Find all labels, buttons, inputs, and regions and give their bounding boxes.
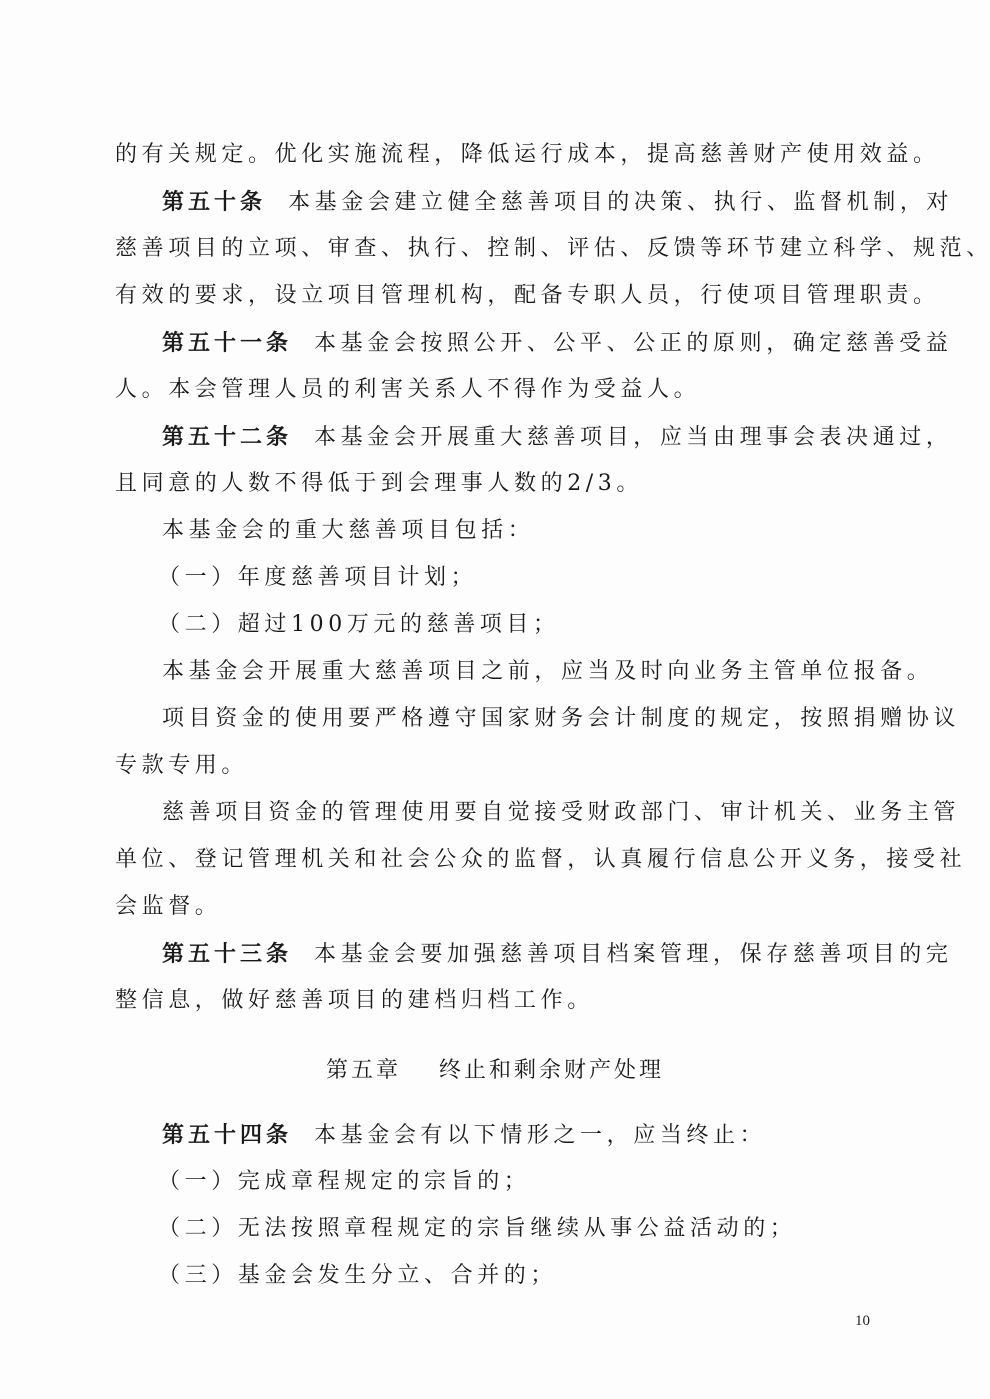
list-item: （一）年度慈善项目计划；: [158, 563, 918, 593]
line-text: 本基金会的重大慈善项目包括：: [162, 518, 534, 543]
line-text: 整信息，做好慈善项目的建档归档工作。: [115, 988, 594, 1013]
chapter-title: 终止和剩余财产处理: [439, 1058, 664, 1083]
article-50: 第五十条本基金会建立健全慈善项目的决策、执行、监督机制，对: [162, 187, 922, 218]
article-number: 第五十条: [162, 189, 266, 215]
line-text: 本基金会按照公开、公平、公正的原则，确定慈善受益: [314, 331, 952, 356]
list-item: （二）超过100万元的慈善项目；: [158, 610, 918, 640]
line-text: 会监督。: [115, 894, 221, 919]
article-54: 第五十四条本基金会有以下情形之一，应当终止：: [162, 1120, 922, 1151]
line-text: （二）无法按照章程规定的宗旨继续从事公益活动的；: [158, 1216, 796, 1241]
line-text: 专款专用。: [115, 753, 248, 778]
line-text: 慈善项目的立项、审查、执行、控制、评估、反馈等环节建立科学、规范、: [115, 236, 990, 261]
paragraph-line: 且同意的人数不得低于到会理事人数的2/3。: [115, 469, 875, 499]
line-text: 且同意的人数不得低于到会理事人数的2/3。: [115, 471, 643, 496]
paragraph-line: 慈善项目的立项、审查、执行、控制、评估、反馈等环节建立科学、规范、: [115, 234, 875, 264]
line-text: （一）完成章程规定的宗旨的；: [158, 1169, 530, 1194]
paragraph-line: 项目资金的使用要严格遵守国家财务会计制度的规定，按照捐赠协议: [162, 704, 922, 734]
line-text: 本基金会要加强慈善项目档案管理，保存慈善项目的完: [314, 942, 952, 967]
line-text: 本基金会开展重大慈善项目，应当由理事会表决通过，: [314, 425, 952, 450]
list-item: （一）完成章程规定的宗旨的；: [158, 1167, 918, 1197]
article-51: 第五十一条本基金会按照公开、公平、公正的原则，确定慈善受益: [162, 328, 922, 359]
list-item: （二）无法按照章程规定的宗旨继续从事公益活动的；: [158, 1214, 918, 1244]
page-number: 10: [855, 1313, 870, 1330]
paragraph-line: 有效的要求，设立项目管理机构，配备专职人员，行使项目管理职责。: [115, 281, 875, 311]
paragraph-line: 单位、登记管理机关和社会公众的监督，认真履行信息公开义务，接受社: [115, 845, 875, 875]
line-text: 单位、登记管理机关和社会公众的监督，认真履行信息公开义务，接受社: [115, 847, 966, 872]
line-text: 的有关规定。优化实施流程，降低运行成本，提高慈善财产使用效益。: [115, 142, 940, 167]
article-53: 第五十三条本基金会要加强慈善项目档案管理，保存慈善项目的完: [162, 939, 922, 970]
article-number: 第五十四条: [162, 1122, 292, 1148]
line-text: 人。本会管理人员的利害关系人不得作为受益人。: [115, 377, 700, 402]
paragraph-line: 专款专用。: [115, 751, 875, 781]
line-text: 慈善项目资金的管理使用要自觉接受财政部门、审计机关、业务主管: [162, 800, 960, 825]
paragraph-line: 慈善项目资金的管理使用要自觉接受财政部门、审计机关、业务主管: [162, 798, 922, 828]
paragraph-line: 本基金会开展重大慈善项目之前，应当及时向业务主管单位报备。: [162, 657, 922, 687]
paragraph-line: 的有关规定。优化实施流程，降低运行成本，提高慈善财产使用效益。: [115, 140, 875, 170]
line-text: 本基金会开展重大慈善项目之前，应当及时向业务主管单位报备。: [162, 659, 933, 684]
line-text: （三）基金会发生分立、合并的；: [158, 1263, 557, 1288]
paragraph-line: 本基金会的重大慈善项目包括：: [162, 516, 922, 546]
article-number: 第五十二条: [162, 424, 292, 450]
paragraph-line: 整信息，做好慈善项目的建档归档工作。: [115, 986, 875, 1016]
paragraph-line: 人。本会管理人员的利害关系人不得作为受益人。: [115, 375, 875, 405]
list-item: （三）基金会发生分立、合并的；: [158, 1261, 918, 1291]
line-text: 本基金会建立健全慈善项目的决策、执行、监督机制，对: [288, 190, 953, 215]
line-text: （一）年度慈善项目计划；: [158, 565, 477, 590]
article-number: 第五十三条: [162, 941, 292, 967]
line-text: 有效的要求，设立项目管理机构，配备专职人员，行使项目管理职责。: [115, 283, 940, 308]
article-number: 第五十一条: [162, 330, 292, 356]
line-text: 本基金会有以下情形之一，应当终止：: [314, 1123, 766, 1148]
line-text: 项目资金的使用要严格遵守国家财务会计制度的规定，按照捐赠协议: [162, 706, 960, 731]
document-page: 的有关规定。优化实施流程，降低运行成本，提高慈善财产使用效益。 第五十条本基金会…: [0, 0, 990, 1399]
line-text: （二）超过100万元的慈善项目；: [158, 612, 560, 637]
article-52: 第五十二条本基金会开展重大慈善项目，应当由理事会表决通过，: [162, 422, 922, 453]
paragraph-line: 会监督。: [115, 892, 875, 922]
chapter-number: 第五章: [326, 1058, 401, 1083]
chapter-heading: 第五章终止和剩余财产处理: [0, 1056, 990, 1086]
